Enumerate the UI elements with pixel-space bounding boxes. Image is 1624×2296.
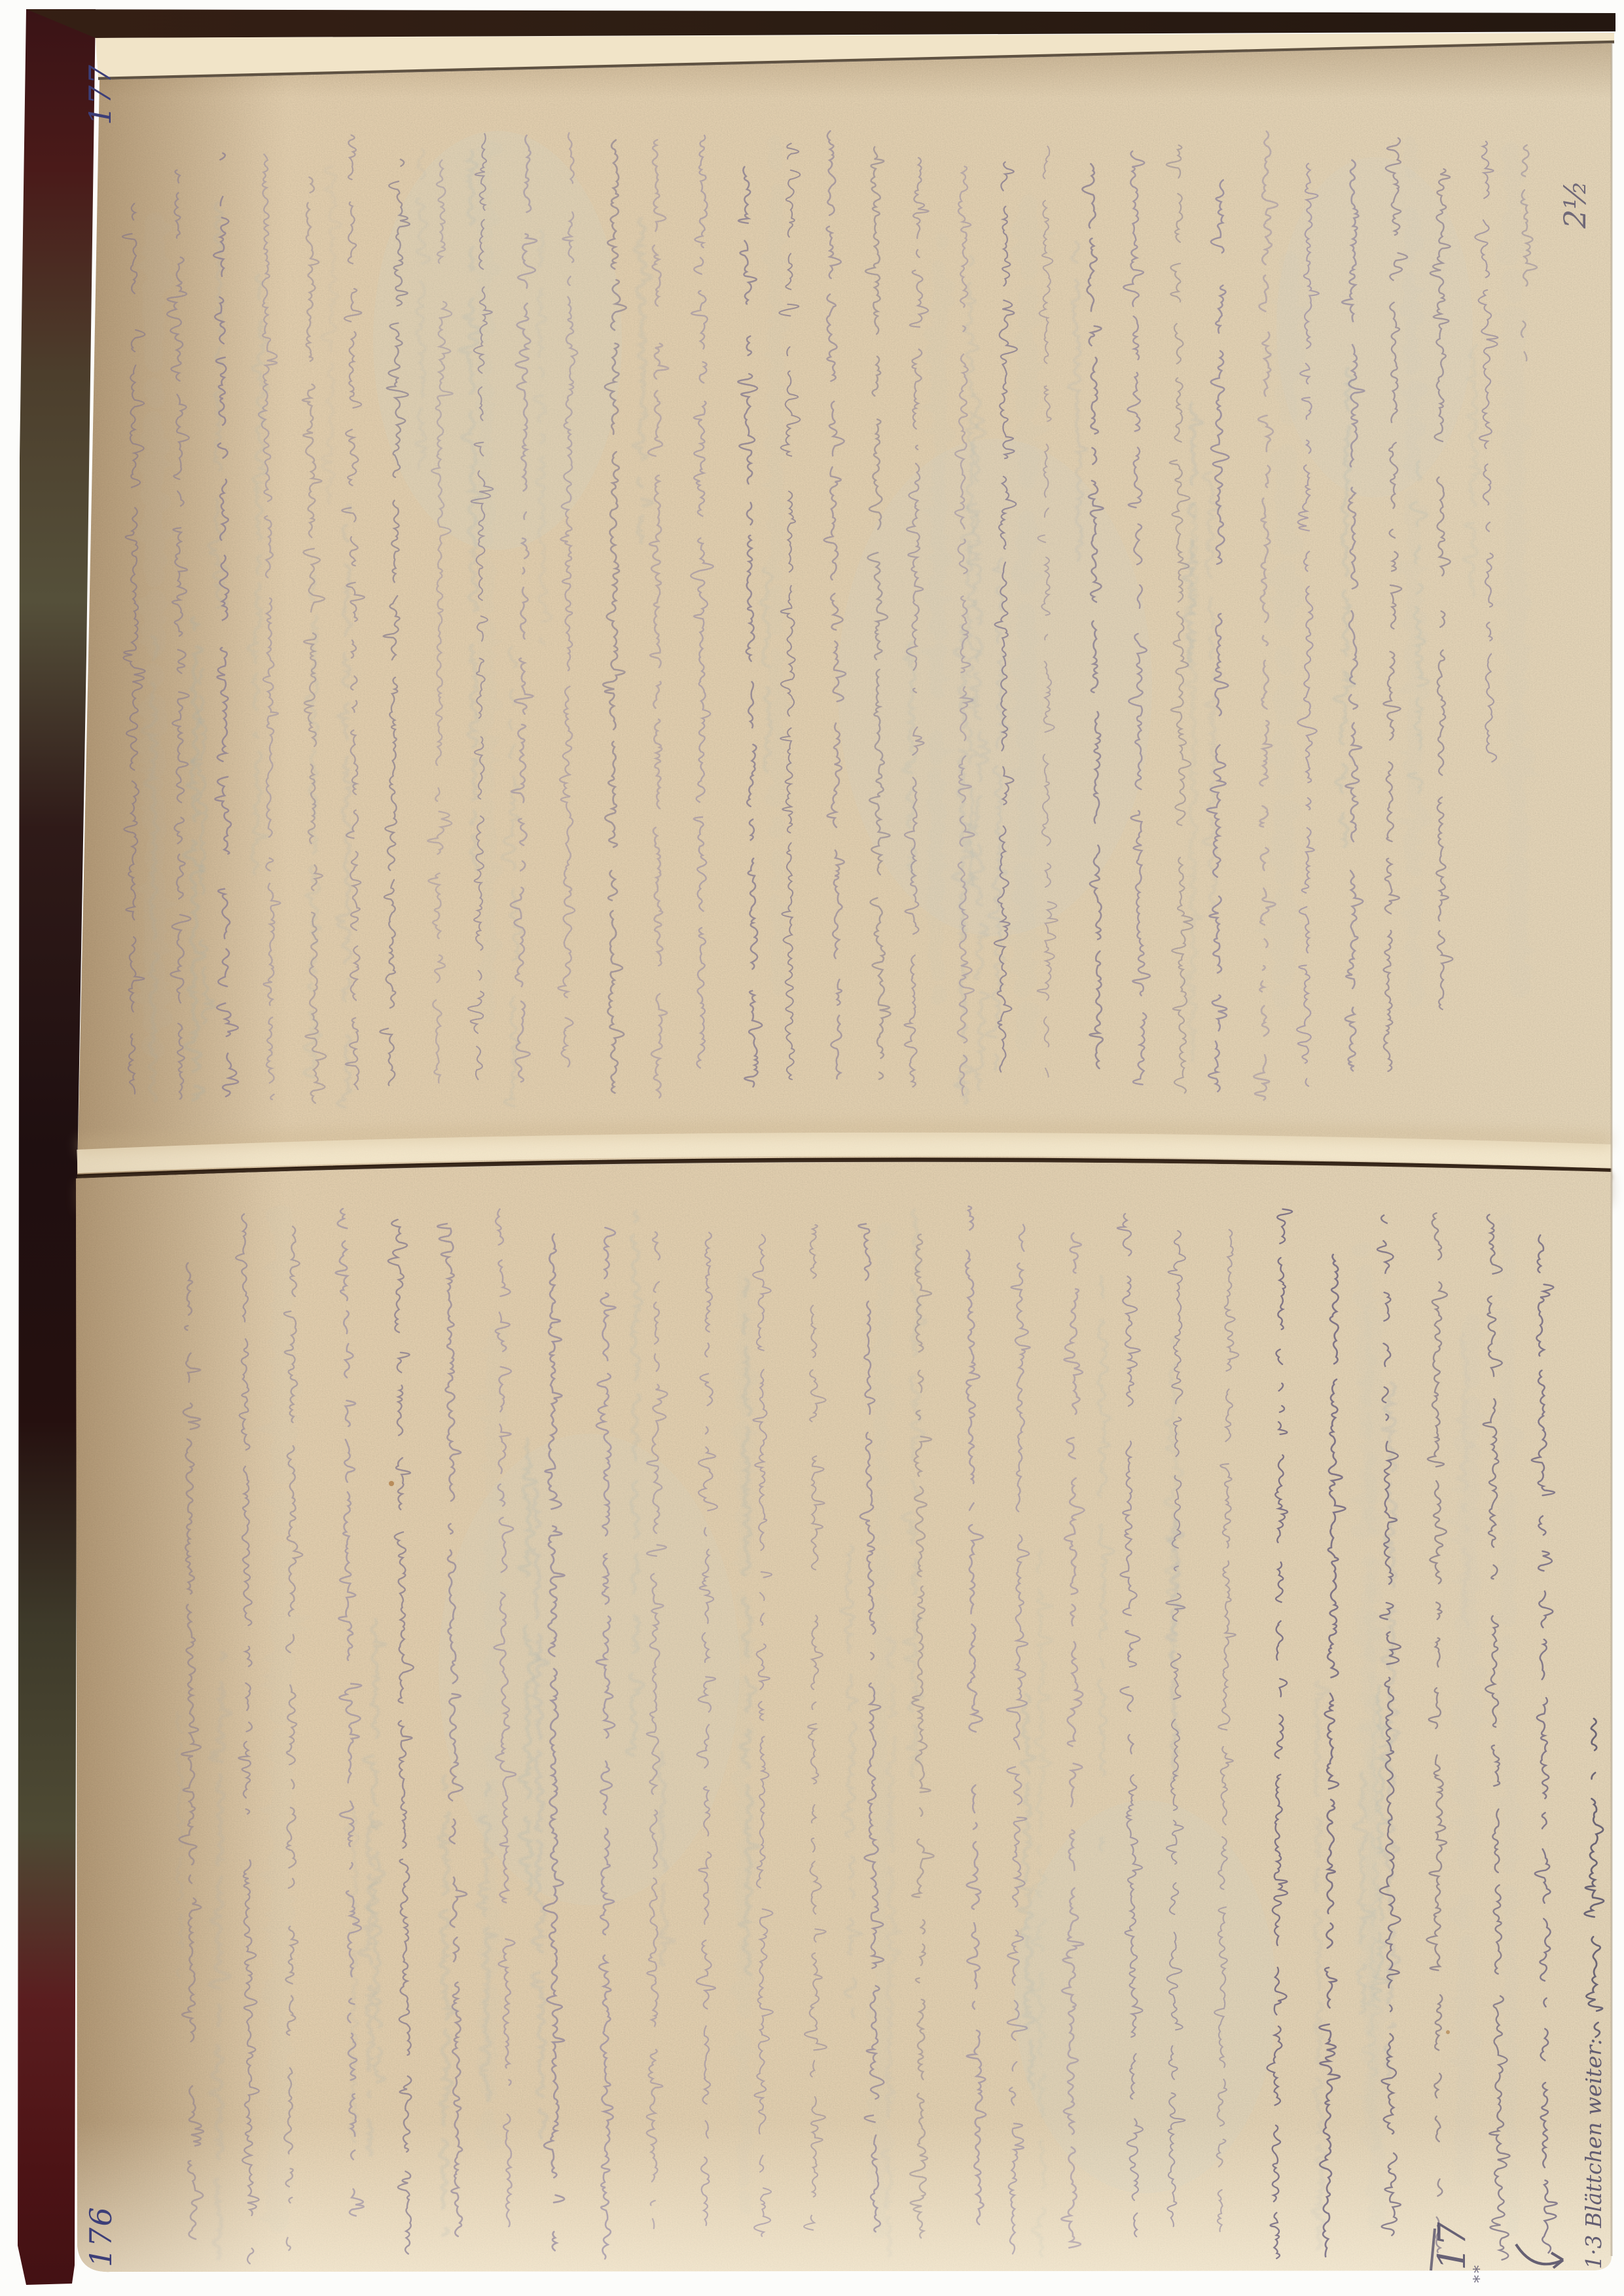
foxing-dot (1446, 2030, 1450, 2034)
bleed-stain (373, 131, 622, 550)
scan-canvas: 177 2½ 176 17 ** 1·3 Blättchen weit (0, 0, 1624, 2296)
footnote-mark: ** (1470, 2263, 1489, 2283)
cross-reference-note: 1·3 Blättchen weiter: (1581, 2038, 1606, 2269)
bleed-stain (1015, 1800, 1276, 2193)
page-177: 177 2½ (65, 33, 1617, 1185)
bleed-band (145, 221, 166, 1050)
margin-note-17: 17 (1430, 2222, 1474, 2270)
scanned-notebook-spread: 177 2½ 176 17 ** 1·3 Blättchen weit (0, 0, 1624, 2296)
entry-end-mark: 2½ (1557, 180, 1593, 229)
bleed-stain (838, 439, 1152, 936)
foxing-dot (389, 1481, 394, 1486)
page-number-177: 177 (82, 64, 118, 125)
bleed-stain (1276, 157, 1473, 498)
page-176: 176 17 ** 1·3 Blättchen weiter: (65, 1162, 1617, 2283)
page-number-176: 176 (83, 2206, 118, 2267)
